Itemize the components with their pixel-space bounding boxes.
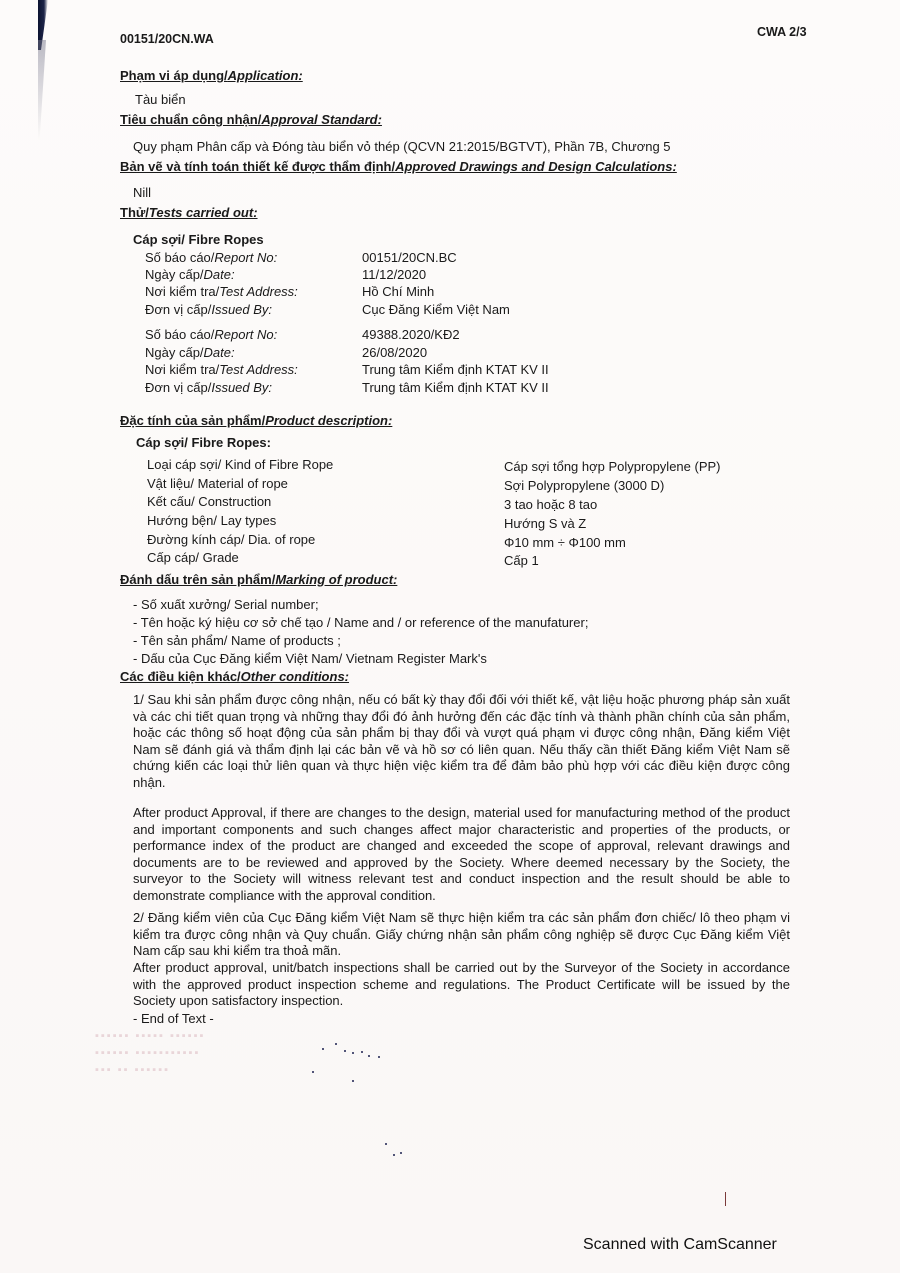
heading-en: Approval Standard: <box>261 112 382 127</box>
heading-vi: Thử/ <box>120 205 149 220</box>
heading-vi: Các điều kiện khác/ <box>120 669 241 684</box>
report-value: Trung tâm Kiểm định KTAT KV II <box>362 380 549 395</box>
spec-label: Vật liệu/ Material of rope <box>147 476 288 491</box>
condition-paragraph-1-en: After product Approval, if there are cha… <box>133 805 790 904</box>
spec-value: Hướng S và Z <box>504 516 586 531</box>
condition-paragraph-1-vi: 1/ Sau khi sản phẩm được công nhận, nếu … <box>133 692 790 791</box>
heading-vi: Bản vẽ và tính toán thiết kế được thẩm đ… <box>120 159 395 174</box>
tests-heading: Thử/Tests carried out: <box>120 205 258 220</box>
report-value: Trung tâm Kiểm định KTAT KV II <box>362 362 549 377</box>
product-description-subheading: Cáp sợi/ Fibre Ropes: <box>136 435 271 450</box>
approved-drawings-value: Nill <box>133 185 151 200</box>
heading-en: Other conditions: <box>241 669 349 684</box>
report-value: 00151/20CN.BC <box>362 250 457 265</box>
page-indicator: CWA 2/3 <box>757 25 807 39</box>
report-label: Nơi kiểm tra/Test Address: <box>145 284 298 299</box>
bleed-through-stamp: ▪▪▪▪▪▪ ▪▪▪▪▪▪▪▪▪▪▪ <box>95 1047 200 1059</box>
approval-standard-heading: Tiêu chuẩn công nhận/Approval Standard: <box>120 112 382 127</box>
end-of-text: - End of Text - <box>133 1011 214 1026</box>
report-value: Hồ Chí Minh <box>362 284 434 299</box>
condition-paragraph-2-vi: 2/ Đăng kiểm viên của Cục Đăng kiểm Việt… <box>133 910 790 960</box>
spec-value: Φ10 mm ÷ Φ100 mm <box>504 535 626 550</box>
report-label: Ngày cấp/Date: <box>145 267 235 282</box>
report-value: 49388.2020/KĐ2 <box>362 327 460 342</box>
camscanner-watermark: Scanned with CamScanner <box>583 1236 777 1254</box>
heading-en: Product description: <box>265 413 392 428</box>
scanned-document-page: 00151/20CN.WA CWA 2/3 Phạm vi áp dụng/Ap… <box>0 0 900 1273</box>
product-description-heading: Đặc tính của sản phẩm/Product descriptio… <box>120 413 392 428</box>
spec-label: Cấp cáp/ Grade <box>147 550 239 565</box>
report-label: Số báo cáo/Report No: <box>145 327 277 342</box>
bleed-through-stamp: ▪▪▪ ▪▪ ▪▪▪▪▪▪ <box>95 1064 170 1076</box>
spec-label: Hướng bện/ Lay types <box>147 513 276 528</box>
report-value: 26/08/2020 <box>362 345 427 360</box>
tests-subheading: Cáp sợi/ Fibre Ropes <box>133 232 264 247</box>
condition-paragraph-2-en: After product approval, unit/batch inspe… <box>133 960 790 1010</box>
scan-mark <box>725 1192 726 1206</box>
heading-vi: Phạm vi áp dụng/ <box>120 68 228 83</box>
marking-item: - Số xuất xưởng/ Serial number; <box>133 597 319 612</box>
spec-label: Kết cấu/ Construction <box>147 494 271 509</box>
marking-item: - Tên hoặc ký hiệu cơ sở chế tạo / Name … <box>133 615 588 630</box>
document-number: 00151/20CN.WA <box>120 32 214 46</box>
report-label: Đơn vị cấp/Issued By: <box>145 302 272 317</box>
application-value: Tàu biển <box>135 92 186 107</box>
approval-standard-value: Quy phạm Phân cấp và Đóng tàu biển vỏ th… <box>133 139 671 154</box>
marking-heading: Đánh dấu trên sản phẩm/Marking of produc… <box>120 572 397 587</box>
heading-en: Approved Drawings and Design Calculation… <box>395 159 677 174</box>
spec-label: Đường kính cáp/ Dia. of rope <box>147 532 315 547</box>
heading-en: Application: <box>228 68 303 83</box>
spec-value: Cáp sợi tổng hợp Polypropylene (PP) <box>504 459 721 474</box>
bleed-through-stamp: ▪▪▪▪▪▪ ▪▪▪▪▪ ▪▪▪▪▪▪ <box>95 1030 205 1042</box>
marking-item: - Tên sản phẩm/ Name of products ; <box>133 633 341 648</box>
heading-en: Marking of product: <box>275 572 397 587</box>
scan-edge-fade <box>38 40 46 140</box>
application-heading: Phạm vi áp dụng/Application: <box>120 68 303 83</box>
report-value: Cục Đăng Kiểm Việt Nam <box>362 302 510 317</box>
report-label: Nơi kiểm tra/Test Address: <box>145 362 298 377</box>
spec-label: Loại cáp sợi/ Kind of Fibre Rope <box>147 457 333 472</box>
approved-drawings-heading: Bản vẽ và tính toán thiết kế được thẩm đ… <box>120 159 677 174</box>
report-label: Ngày cấp/Date: <box>145 345 235 360</box>
report-value: 11/12/2020 <box>362 267 426 282</box>
report-label: Đơn vị cấp/Issued By: <box>145 380 272 395</box>
heading-vi: Đánh dấu trên sản phẩm/ <box>120 572 275 587</box>
heading-vi: Đặc tính của sản phẩm/ <box>120 413 265 428</box>
report-label: Số báo cáo/Report No: <box>145 250 277 265</box>
other-conditions-heading: Các điều kiện khác/Other conditions: <box>120 669 349 684</box>
heading-vi: Tiêu chuẩn công nhận/ <box>120 112 261 127</box>
spec-value: Sợi Polypropylene (3000 D) <box>504 478 664 493</box>
spec-value: 3 tao hoặc 8 tao <box>504 497 597 512</box>
heading-en: Tests carried out: <box>149 205 258 220</box>
marking-item: - Dấu của Cục Đăng kiểm Việt Nam/ Vietna… <box>133 651 487 666</box>
spec-value: Cấp 1 <box>504 553 539 568</box>
